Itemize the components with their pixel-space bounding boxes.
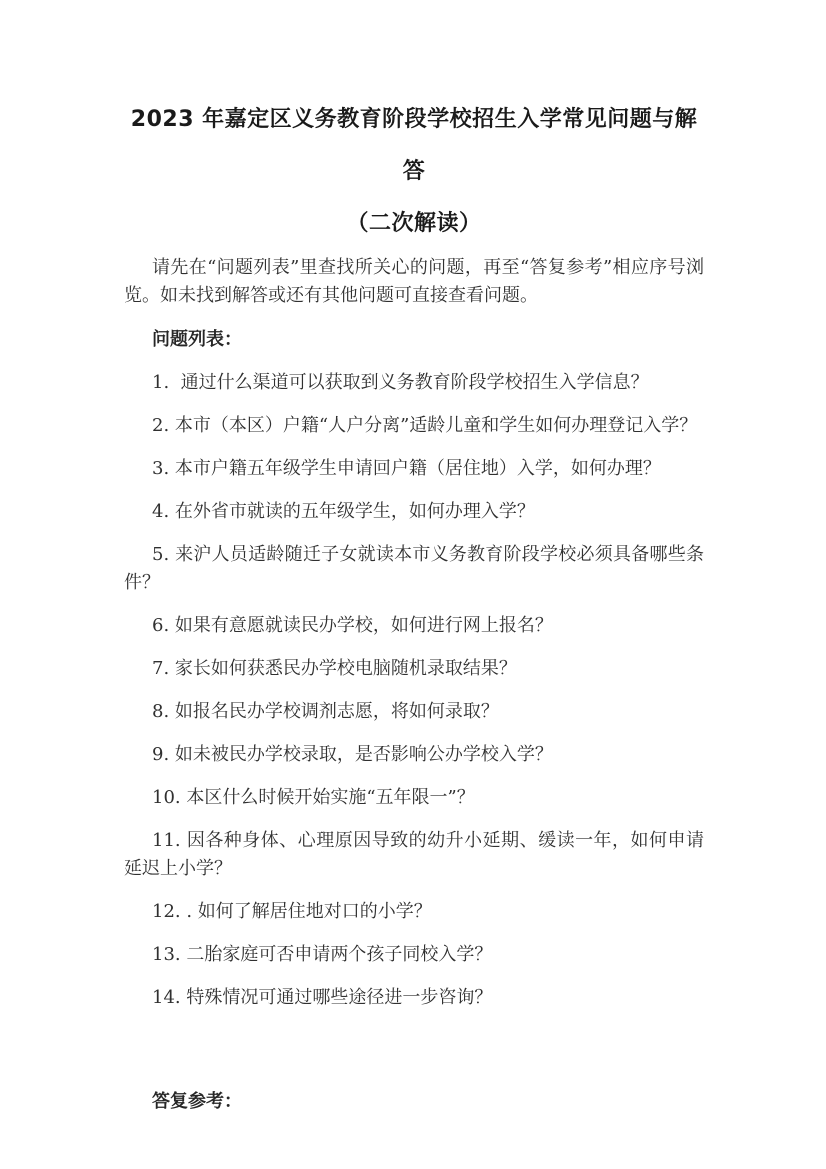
title-line-2: （二次解读）	[124, 198, 704, 250]
answers-heading: 答复参考：	[124, 1088, 704, 1116]
document-title: 2023 年嘉定区义务教育阶段学校招生入学常见问题与解答 （二次解读）	[124, 94, 704, 250]
question-item: 8. 如报名民办学校调剂志愿，将如何录取？	[124, 698, 704, 726]
question-item: 13. 二胎家庭可否申请两个孩子同校入学？	[124, 941, 704, 969]
question-item: 1. 通过什么渠道可以获取到义务教育阶段学校招生入学信息？	[124, 369, 704, 397]
document-page: 2023 年嘉定区义务教育阶段学校招生入学常见问题与解答 （二次解读） 请先在“…	[0, 0, 826, 1169]
question-list: 1. 通过什么渠道可以获取到义务教育阶段学校招生入学信息？2. 本市（本区）户籍…	[124, 369, 704, 1012]
question-item: 5. 来沪人员适龄随迁子女就读本市义务教育阶段学校必须具备哪些条件？	[124, 541, 704, 597]
question-item: 11. 因各种身体、心理原因导致的幼升小延期、缓读一年，如何申请延迟上小学？	[124, 827, 704, 883]
question-list-heading: 问题列表：	[124, 326, 704, 354]
question-item: 9. 如未被民办学校录取，是否影响公办学校入学？	[124, 741, 704, 769]
title-line-1: 2023 年嘉定区义务教育阶段学校招生入学常见问题与解答	[124, 94, 704, 198]
question-item: 7. 家长如何获悉民办学校电脑随机录取结果？	[124, 655, 704, 683]
question-item: 2. 本市（本区）户籍“人户分离”适龄儿童和学生如何办理登记入学？	[124, 412, 704, 440]
intro-paragraph: 请先在“问题列表”里查找所关心的问题，再至“答复参考”相应序号浏览。如未找到解答…	[124, 254, 704, 310]
question-item: 12. . 如何了解居住地对口的小学？	[124, 898, 704, 926]
question-item: 14. 特殊情况可通过哪些途径进一步咨询？	[124, 984, 704, 1012]
question-item: 10. 本区什么时候开始实施“五年限一”？	[124, 784, 704, 812]
question-item: 4. 在外省市就读的五年级学生，如何办理入学？	[124, 498, 704, 526]
question-item: 3. 本市户籍五年级学生申请回户籍（居住地）入学，如何办理？	[124, 455, 704, 483]
question-item: 6. 如果有意愿就读民办学校，如何进行网上报名？	[124, 612, 704, 640]
